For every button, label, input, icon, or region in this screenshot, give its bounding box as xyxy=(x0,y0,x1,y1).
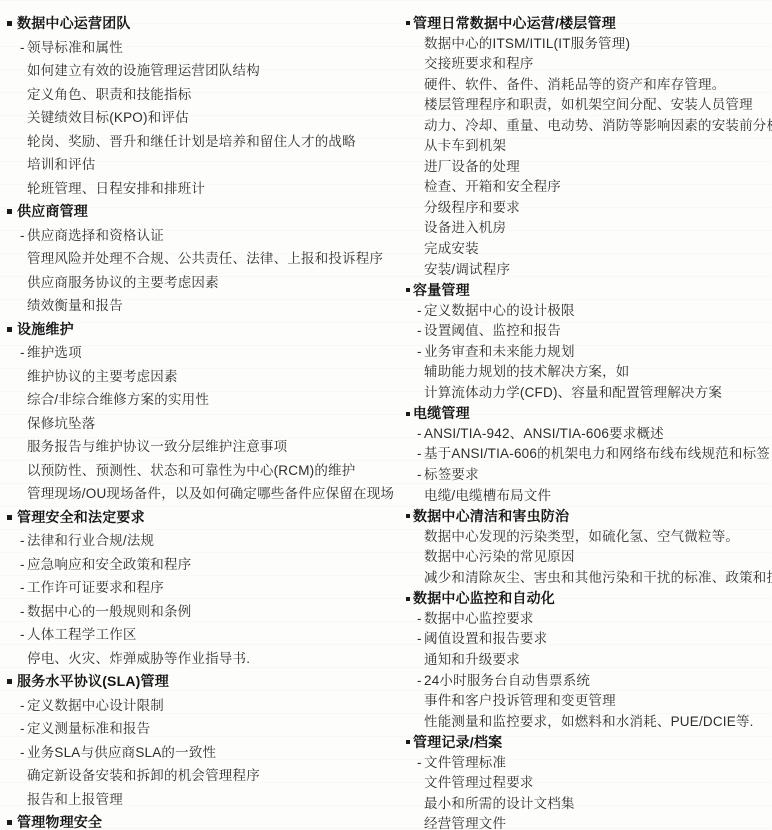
outline-item-text: 文件管理过程要求 xyxy=(424,775,534,790)
outline-item: 减少和清除灰尘、害虫和其他污染和干扰的标准、政策和技术 xyxy=(406,568,768,589)
outline-item: 绩效衡量和报告 xyxy=(7,294,389,318)
outline-item-text: 经营管理文件 xyxy=(424,816,506,830)
section-title: 管理记录/档案 xyxy=(413,732,502,753)
outline-item: 事件和客户投诉管理和变更管理 xyxy=(406,691,768,712)
outline-item-text: 设备进入机房 xyxy=(424,220,506,235)
outline-item-text: 保修坑坠落 xyxy=(27,416,96,431)
outline-item: 数据中心发现的污染类型，如硫化氢、空气微粒等。 xyxy=(406,527,768,548)
section-heading: 管理安全和法定要求 xyxy=(7,506,389,530)
outline-item: -数据中心的一般规则和条例 xyxy=(7,600,389,624)
outline-item-text: 定义数据中心的设计极限 xyxy=(424,303,575,318)
outline-item: -ANSI/TIA-942、ANSI/TIA-606要求概述 xyxy=(406,424,768,445)
outline-item: -工作许可证要求和程序 xyxy=(7,576,389,600)
outline-item: -24小时服务台自动售票系统 xyxy=(406,671,768,692)
bullet-square-icon xyxy=(406,740,410,744)
outline-section: 数据中心监控和自动化-数据中心监控要求-阈值设置和报告要求通知和升级要求-24小… xyxy=(406,588,768,732)
section-heading: 数据中心监控和自动化 xyxy=(406,588,768,609)
bullet-square-icon xyxy=(406,412,410,416)
outline-item: 服务报告与维护协议一致分层维护注意事项 xyxy=(7,435,389,459)
outline-section: 数据中心清洁和害虫防治数据中心发现的污染类型，如硫化氢、空气微粒等。数据中心污染… xyxy=(406,506,768,588)
outline-item: -基于ANSI/TIA-606的机架电力和网络布线布线规范和标签 xyxy=(406,444,768,465)
outline-item: 分级程序和要求 xyxy=(406,198,768,219)
outline-item: -人体工程学工作区 xyxy=(7,623,389,647)
dash-prefix: - xyxy=(417,444,422,465)
outline-section: 管理日常数据中心运营/楼层管理数据中心的ITSM/ITIL(IT服务管理)交接班… xyxy=(406,13,768,280)
outline-item-text: 文件管理标准 xyxy=(424,755,506,770)
dash-prefix: - xyxy=(417,321,422,342)
section-heading: 服务水平协议(SLA)管理 xyxy=(7,670,389,694)
outline-item-text: 管理风险并处理不合规、公共责任、法律、上报和投诉程序 xyxy=(27,251,383,266)
outline-item: 楼层管理程序和职责，如机架空间分配、安装人员管理 xyxy=(406,95,768,116)
outline-item-text: 如何建立有效的设施管理运营团队结构 xyxy=(27,63,260,78)
outline-item: 设备进入机房 xyxy=(406,218,768,239)
section-title: 数据中心监控和自动化 xyxy=(413,588,555,609)
outline-item: 交接班要求和程序 xyxy=(406,54,768,75)
outline-section: 管理安全和法定要求-法律和行业合规/法规-应急响应和安全政策和程序-工作许可证要… xyxy=(7,506,389,671)
outline-item-text: 检查、开箱和安全程序 xyxy=(424,179,561,194)
outline-item: -文件管理标准 xyxy=(406,753,768,774)
outline-item-text: 维护协议的主要考虑因素 xyxy=(27,369,178,384)
outline-item-text: 人体工程学工作区 xyxy=(27,627,137,642)
outline-section: 电缆管理-ANSI/TIA-942、ANSI/TIA-606要求概述-基于ANS… xyxy=(406,403,768,506)
section-heading: 电缆管理 xyxy=(406,403,768,424)
outline-item-text: 停电、火灾、炸弹威胁等作业指导书. xyxy=(27,651,250,666)
outline-item: -业务审查和未来能力规划 xyxy=(406,342,768,363)
outline-item-text: 标签要求 xyxy=(424,467,479,482)
outline-item-text: 数据中心的ITSM/ITIL(IT服务管理) xyxy=(424,36,630,51)
outline-item: -应急响应和安全政策和程序 xyxy=(7,553,389,577)
outline-item-text: 从卡车到机架 xyxy=(424,138,506,153)
section-title: 设施维护 xyxy=(17,318,74,342)
outline-item: -业务SLA与供应商SLA的一致性 xyxy=(7,741,389,765)
outline-section: 设施维护-维护选项维护协议的主要考虑因素综合/非综合维修方案的实用性保修坑坠落服… xyxy=(7,318,389,506)
outline-item-text: 24小时服务台自动售票系统 xyxy=(424,673,590,688)
outline-item: -领导标准和属性 xyxy=(7,36,389,60)
outline-item: 性能测量和监控要求，如燃料和水消耗、PUE/DCIE等. xyxy=(406,712,768,733)
outline-item-text: 硬件、软件、备件、消耗品等的资产和库存管理。 xyxy=(424,77,725,92)
outline-item: 进厂设备的处理 xyxy=(406,157,768,178)
outline-item: 管理现场/OU现场备件，以及如何确定哪些备件应保留在现场 xyxy=(7,482,389,506)
outline-item: 管理风险并处理不合规、公共责任、法律、上报和投诉程序 xyxy=(7,247,389,271)
dash-prefix: - xyxy=(20,623,25,647)
outline-item: -数据中心监控要求 xyxy=(406,609,768,630)
dash-prefix: - xyxy=(417,609,422,630)
outline-item: 关键绩效目标(KPO)和评估 xyxy=(7,106,389,130)
outline-item-text: 数据中心的一般规则和条例 xyxy=(27,604,191,619)
outline-item: 保修坑坠落 xyxy=(7,412,389,436)
dash-prefix: - xyxy=(20,341,25,365)
outline-item-text: 业务SLA与供应商SLA的一致性 xyxy=(27,745,216,760)
outline-item: 经营管理文件 xyxy=(406,814,768,830)
outline-item: 报告和上报管理 xyxy=(7,788,389,812)
outline-item: -定义数据中心设计限制 xyxy=(7,694,389,718)
document-page: { "page": { "background": "#fdfdfc", "te… xyxy=(0,0,772,830)
section-heading: 设施维护 xyxy=(7,318,389,342)
outline-item-text: 轮班管理、日程安排和排班计 xyxy=(27,181,205,196)
section-title: 管理物理安全 xyxy=(17,811,102,830)
dash-prefix: - xyxy=(417,671,422,692)
outline-item-text: 应急响应和安全政策和程序 xyxy=(27,557,191,572)
dash-prefix: - xyxy=(20,529,25,553)
outline-section: 服务水平协议(SLA)管理-定义数据中心设计限制-定义测量标准和报告-业务SLA… xyxy=(7,670,389,811)
outline-item: 停电、火灾、炸弹威胁等作业指导书. xyxy=(7,647,389,671)
outline-item: -设置阈值、监控和报告 xyxy=(406,321,768,342)
outline-item-text: 工作许可证要求和程序 xyxy=(27,580,164,595)
outline-item-text: 电缆/电缆槽布局文件 xyxy=(424,488,551,503)
outline-item-text: 阈值设置和报告要求 xyxy=(424,631,547,646)
outline-item: 文件管理过程要求 xyxy=(406,773,768,794)
outline-item-text: 综合/非综合维修方案的实用性 xyxy=(27,392,209,407)
bullet-square-icon xyxy=(7,515,12,520)
outline-item: 检查、开箱和安全程序 xyxy=(406,177,768,198)
outline-item-text: 计算流体动力学(CFD)、容量和配置管理解决方案 xyxy=(424,385,722,400)
section-title: 电缆管理 xyxy=(413,403,470,424)
dash-prefix: - xyxy=(417,753,422,774)
outline-item-text: 通知和升级要求 xyxy=(424,652,520,667)
outline-item: 确定新设备安装和拆卸的机会管理程序 xyxy=(7,764,389,788)
section-title: 供应商管理 xyxy=(17,200,88,224)
dash-prefix: - xyxy=(20,36,25,60)
outline-section: 管理物理安全 xyxy=(7,811,389,830)
dash-prefix: - xyxy=(20,717,25,741)
section-title: 管理安全和法定要求 xyxy=(17,506,145,530)
bullet-square-icon xyxy=(7,679,12,684)
outline-item-text: 领导标准和属性 xyxy=(27,40,123,55)
outline-item: 轮岗、奖励、晋升和继任计划是培养和留住人才的战略 xyxy=(7,130,389,154)
outline-item: -供应商选择和资格认证 xyxy=(7,224,389,248)
outline-item-text: 事件和客户投诉管理和变更管理 xyxy=(424,693,616,708)
dash-prefix: - xyxy=(20,600,25,624)
outline-item: 定义角色、职责和技能指标 xyxy=(7,83,389,107)
outline-item-text: 楼层管理程序和职责，如机架空间分配、安装人员管理 xyxy=(424,97,753,112)
dash-prefix: - xyxy=(417,342,422,363)
outline-item-text: 最小和所需的设计文档集 xyxy=(424,796,575,811)
outline-item: 供应商服务协议的主要考虑因素 xyxy=(7,271,389,295)
bullet-square-icon xyxy=(7,21,12,26)
section-heading: 管理物理安全 xyxy=(7,811,389,830)
section-heading: 容量管理 xyxy=(406,280,768,301)
outline-section: 容量管理-定义数据中心的设计极限-设置阈值、监控和报告-业务审查和未来能力规划辅… xyxy=(406,280,768,403)
outline-item: -定义数据中心的设计极限 xyxy=(406,301,768,322)
outline-item-text: 管理现场/OU现场备件，以及如何确定哪些备件应保留在现场 xyxy=(27,486,394,501)
section-heading: 供应商管理 xyxy=(7,200,389,224)
dash-prefix: - xyxy=(417,301,422,322)
outline-column-left: 数据中心运营团队-领导标准和属性如何建立有效的设施管理运营团队结构定义角色、职责… xyxy=(7,0,389,830)
outline-item-text: 法律和行业合规/法规 xyxy=(27,533,154,548)
dash-prefix: - xyxy=(20,224,25,248)
outline-item-text: 基于ANSI/TIA-606的机架电力和网络布线布线规范和标签 xyxy=(424,446,770,461)
outline-item-text: 性能测量和监控要求，如燃料和水消耗、PUE/DCIE等. xyxy=(424,714,754,729)
outline-item-text: 数据中心发现的污染类型，如硫化氢、空气微粒等。 xyxy=(424,529,739,544)
outline-item: 完成安装 xyxy=(406,239,768,260)
outline-item: 培训和评估 xyxy=(7,153,389,177)
outline-item: 数据中心的ITSM/ITIL(IT服务管理) xyxy=(406,34,768,55)
outline-item-text: 数据中心污染的常见原因 xyxy=(424,549,575,564)
dash-prefix: - xyxy=(20,553,25,577)
outline-item-text: 绩效衡量和报告 xyxy=(27,298,123,313)
bullet-square-icon xyxy=(406,597,410,601)
outline-item: -标签要求 xyxy=(406,465,768,486)
outline-item-text: 报告和上报管理 xyxy=(27,792,123,807)
outline-item: 如何建立有效的设施管理运营团队结构 xyxy=(7,59,389,83)
outline-item: 动力、冷却、重量、电动势、消防等影响因素的安装前分析 xyxy=(406,116,768,137)
outline-item-text: 完成安装 xyxy=(424,241,479,256)
outline-item-text: 定义角色、职责和技能指标 xyxy=(27,87,191,102)
outline-item: 通知和升级要求 xyxy=(406,650,768,671)
dash-prefix: - xyxy=(417,424,422,445)
section-heading: 数据中心运营团队 xyxy=(7,12,389,36)
outline-item: -定义测量标准和报告 xyxy=(7,717,389,741)
section-title: 数据中心运营团队 xyxy=(17,12,131,36)
outline-section: 供应商管理-供应商选择和资格认证管理风险并处理不合规、公共责任、法律、上报和投诉… xyxy=(7,200,389,318)
bullet-square-icon xyxy=(406,514,410,518)
outline-item: 电缆/电缆槽布局文件 xyxy=(406,486,768,507)
outline-item-text: 减少和清除灰尘、害虫和其他污染和干扰的标准、政策和技术 xyxy=(424,570,772,585)
dash-prefix: - xyxy=(20,694,25,718)
dash-prefix: - xyxy=(20,576,25,600)
outline-item: -维护选项 xyxy=(7,341,389,365)
outline-item-text: 辅助能力规划的技术解决方案，如 xyxy=(424,364,630,379)
bullet-square-icon xyxy=(406,21,410,25)
section-title: 管理日常数据中心运营/楼层管理 xyxy=(413,13,616,34)
outline-item: 从卡车到机架 xyxy=(406,136,768,157)
bullet-square-icon xyxy=(406,288,410,292)
section-title: 容量管理 xyxy=(413,280,470,301)
outline-item: -法律和行业合规/法规 xyxy=(7,529,389,553)
outline-item: 安装/调试程序 xyxy=(406,260,768,281)
outline-item-text: 供应商服务协议的主要考虑因素 xyxy=(27,275,219,290)
outline-item-text: 安装/调试程序 xyxy=(424,262,510,277)
dash-prefix: - xyxy=(20,741,25,765)
outline-item-text: 轮岗、奖励、晋升和继任计划是培养和留住人才的战略 xyxy=(27,134,356,149)
outline-item: 硬件、软件、备件、消耗品等的资产和库存管理。 xyxy=(406,75,768,96)
outline-item-text: 服务报告与维护协议一致分层维护注意事项 xyxy=(27,439,287,454)
outline-item-text: 维护选项 xyxy=(27,345,82,360)
outline-item-text: 设置阈值、监控和报告 xyxy=(424,323,561,338)
outline-item-text: 定义数据中心设计限制 xyxy=(27,698,164,713)
dash-prefix: - xyxy=(417,629,422,650)
outline-item: 维护协议的主要考虑因素 xyxy=(7,365,389,389)
outline-item-text: 定义测量标准和报告 xyxy=(27,721,150,736)
outline-item-text: 关键绩效目标(KPO)和评估 xyxy=(27,110,189,125)
outline-item: 轮班管理、日程安排和排班计 xyxy=(7,177,389,201)
bullet-square-icon xyxy=(7,820,12,825)
outline-item: 辅助能力规划的技术解决方案，如 xyxy=(406,362,768,383)
section-title: 数据中心清洁和害虫防治 xyxy=(413,506,569,527)
outline-item: 综合/非综合维修方案的实用性 xyxy=(7,388,389,412)
dash-prefix: - xyxy=(417,465,422,486)
outline-item-text: 交接班要求和程序 xyxy=(424,56,534,71)
outline-item: 数据中心污染的常见原因 xyxy=(406,547,768,568)
section-heading: 管理记录/档案 xyxy=(406,732,768,753)
outline-item-text: 培训和评估 xyxy=(27,157,96,172)
outline-item-text: 动力、冷却、重量、电动势、消防等影响因素的安装前分析 xyxy=(424,118,772,133)
bullet-square-icon xyxy=(7,327,12,332)
outline-item: 以预防性、预测性、状态和可靠性为中心(RCM)的维护 xyxy=(7,459,389,483)
outline-item-text: 确定新设备安装和拆卸的机会管理程序 xyxy=(27,768,260,783)
bullet-square-icon xyxy=(7,209,12,214)
outline-item: -阈值设置和报告要求 xyxy=(406,629,768,650)
outline-item: 最小和所需的设计文档集 xyxy=(406,794,768,815)
outline-item-text: 进厂设备的处理 xyxy=(424,159,520,174)
outline-item-text: 业务审查和未来能力规划 xyxy=(424,344,575,359)
section-heading: 数据中心清洁和害虫防治 xyxy=(406,506,768,527)
outline-column-right: 管理日常数据中心运营/楼层管理数据中心的ITSM/ITIL(IT服务管理)交接班… xyxy=(406,0,768,830)
outline-section: 数据中心运营团队-领导标准和属性如何建立有效的设施管理运营团队结构定义角色、职责… xyxy=(7,12,389,200)
outline-item-text: 供应商选择和资格认证 xyxy=(27,228,164,243)
outline-item-text: ANSI/TIA-942、ANSI/TIA-606要求概述 xyxy=(424,426,664,441)
outline-item-text: 数据中心监控要求 xyxy=(424,611,534,626)
outline-section: 管理记录/档案-文件管理标准文件管理过程要求最小和所需的设计文档集经营管理文件 xyxy=(406,732,768,830)
outline-item-text: 分级程序和要求 xyxy=(424,200,520,215)
section-heading: 管理日常数据中心运营/楼层管理 xyxy=(406,13,768,34)
outline-item: 计算流体动力学(CFD)、容量和配置管理解决方案 xyxy=(406,383,768,404)
section-title: 服务水平协议(SLA)管理 xyxy=(17,670,169,694)
outline-item-text: 以预防性、预测性、状态和可靠性为中心(RCM)的维护 xyxy=(27,463,355,478)
